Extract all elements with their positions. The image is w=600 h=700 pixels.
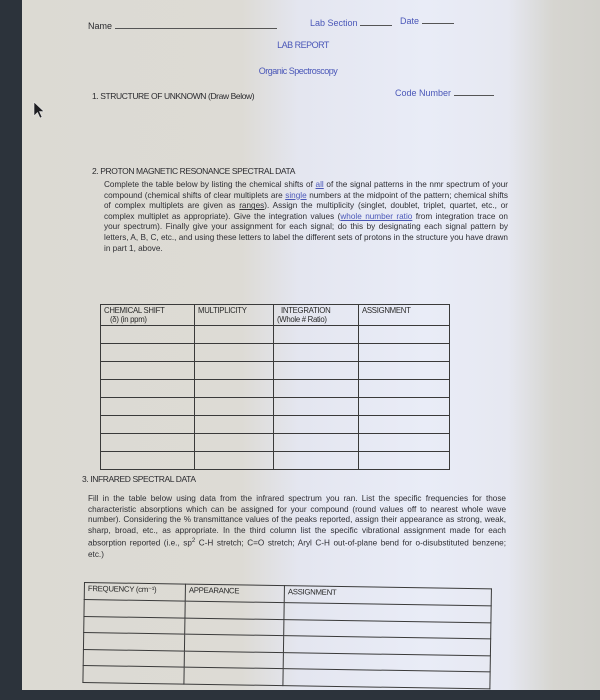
nmr-header-chemical-shift: CHEMICAL SHIFT(δ) (in ppm): [101, 305, 195, 326]
ir-table-cell[interactable]: [84, 616, 185, 634]
date-field: Date: [400, 16, 454, 26]
report-title: LAB REPORT: [22, 40, 592, 50]
nmr-table-cell[interactable]: [359, 380, 450, 398]
nmr-table-cell[interactable]: [359, 326, 450, 344]
nmr-table-cell[interactable]: [359, 344, 450, 362]
nmr-table-cell[interactable]: [101, 380, 195, 398]
lab-section-label: Lab Section: [310, 18, 358, 28]
nmr-table-row: [101, 398, 450, 416]
nmr-table-row: [101, 416, 450, 434]
nmr-table-cell[interactable]: [195, 434, 274, 452]
nmr-data-table: CHEMICAL SHIFT(δ) (in ppm) MULTIPLICITY …: [100, 304, 450, 470]
nmr-table-cell[interactable]: [359, 434, 450, 452]
ir-table-cell[interactable]: [185, 601, 284, 619]
nmr-table-cell[interactable]: [195, 362, 274, 380]
code-number-field: Code Number: [395, 88, 494, 98]
nmr-table-cell[interactable]: [359, 398, 450, 416]
nmr-table-cell[interactable]: [101, 344, 195, 362]
code-number-blank[interactable]: [454, 95, 494, 96]
structure-drawing-area[interactable]: [92, 106, 532, 162]
date-label: Date: [400, 16, 419, 26]
nmr-table-cell[interactable]: [359, 416, 450, 434]
nmr-table-cell[interactable]: [359, 452, 450, 470]
nmr-table-cell[interactable]: [274, 344, 359, 362]
section-3-instructions: Fill in the table below using data from …: [88, 494, 506, 560]
ir-table-cell[interactable]: [184, 651, 283, 669]
nmr-table-cell[interactable]: [274, 380, 359, 398]
nmr-table-cell[interactable]: [195, 326, 274, 344]
nmr-table-cell[interactable]: [274, 452, 359, 470]
nmr-table-cell[interactable]: [274, 416, 359, 434]
report-subtitle: Organic Spectroscopy: [22, 66, 587, 76]
ir-table-cell[interactable]: [83, 665, 184, 683]
nmr-header-assignment: ASSIGNMENT: [359, 305, 450, 326]
code-number-label: Code Number: [395, 88, 451, 98]
date-blank[interactable]: [422, 23, 454, 24]
name-label: Name: [88, 21, 112, 31]
ir-data-table: FREQUENCY (cm⁻¹) APPEARANCE ASSIGNMENT: [82, 582, 492, 689]
ir-table-cell[interactable]: [185, 618, 284, 636]
ir-table-cell[interactable]: [283, 669, 490, 689]
nmr-table-cell[interactable]: [195, 398, 274, 416]
nmr-table-cell[interactable]: [195, 452, 274, 470]
nmr-table-cell[interactable]: [101, 416, 195, 434]
ir-table-cell[interactable]: [83, 633, 184, 651]
nmr-table-header-row: CHEMICAL SHIFT(δ) (in ppm) MULTIPLICITY …: [101, 305, 450, 326]
nmr-header-multiplicity: MULTIPLICITY: [195, 305, 274, 326]
nmr-table-cell[interactable]: [274, 326, 359, 344]
nmr-table-cell[interactable]: [101, 452, 195, 470]
ir-header-appearance: APPEARANCE: [185, 584, 284, 603]
ir-table-cell[interactable]: [83, 649, 184, 667]
nmr-table-cell[interactable]: [359, 362, 450, 380]
ir-table-cell[interactable]: [184, 667, 283, 685]
nmr-table-cell[interactable]: [101, 326, 195, 344]
name-blank[interactable]: [115, 28, 277, 29]
nmr-table-row: [101, 326, 450, 344]
nmr-table-cell[interactable]: [101, 362, 195, 380]
nmr-table-cell[interactable]: [195, 344, 274, 362]
nmr-table-cell[interactable]: [195, 416, 274, 434]
section-2-heading: 2. PROTON MAGNETIC RESONANCE SPECTRAL DA…: [92, 166, 295, 176]
nmr-table-cell[interactable]: [274, 362, 359, 380]
nmr-header-integration: INTEGRATION(Whole # Ratio): [274, 305, 359, 326]
ir-header-frequency: FREQUENCY (cm⁻¹): [84, 583, 185, 602]
nmr-table-cell[interactable]: [101, 398, 195, 416]
mouse-cursor-icon: [32, 101, 46, 119]
lab-report-page: Name Lab Section Date LAB REPORT Organic…: [22, 0, 600, 690]
monitor-screen: Name Lab Section Date LAB REPORT Organic…: [22, 0, 600, 690]
lab-section-field: Lab Section: [310, 18, 392, 28]
name-field: Name: [88, 21, 277, 31]
nmr-table-cell[interactable]: [195, 380, 274, 398]
nmr-table-row: [101, 380, 450, 398]
section-2-instructions: Complete the table below by listing the …: [104, 180, 508, 254]
section-1-heading: 1. STRUCTURE OF UNKNOWN (Draw Below): [92, 91, 254, 101]
nmr-table-cell[interactable]: [274, 434, 359, 452]
nmr-table-cell[interactable]: [274, 398, 359, 416]
nmr-table-row: [101, 452, 450, 470]
nmr-table-row: [101, 434, 450, 452]
ir-table-cell[interactable]: [84, 600, 185, 618]
ir-table-cell[interactable]: [184, 634, 283, 652]
nmr-table-row: [101, 344, 450, 362]
nmr-table-row: [101, 362, 450, 380]
lab-section-blank[interactable]: [360, 25, 392, 26]
nmr-table-cell[interactable]: [101, 434, 195, 452]
section-3-heading: 3. INFRARED SPECTRAL DATA: [82, 474, 196, 484]
